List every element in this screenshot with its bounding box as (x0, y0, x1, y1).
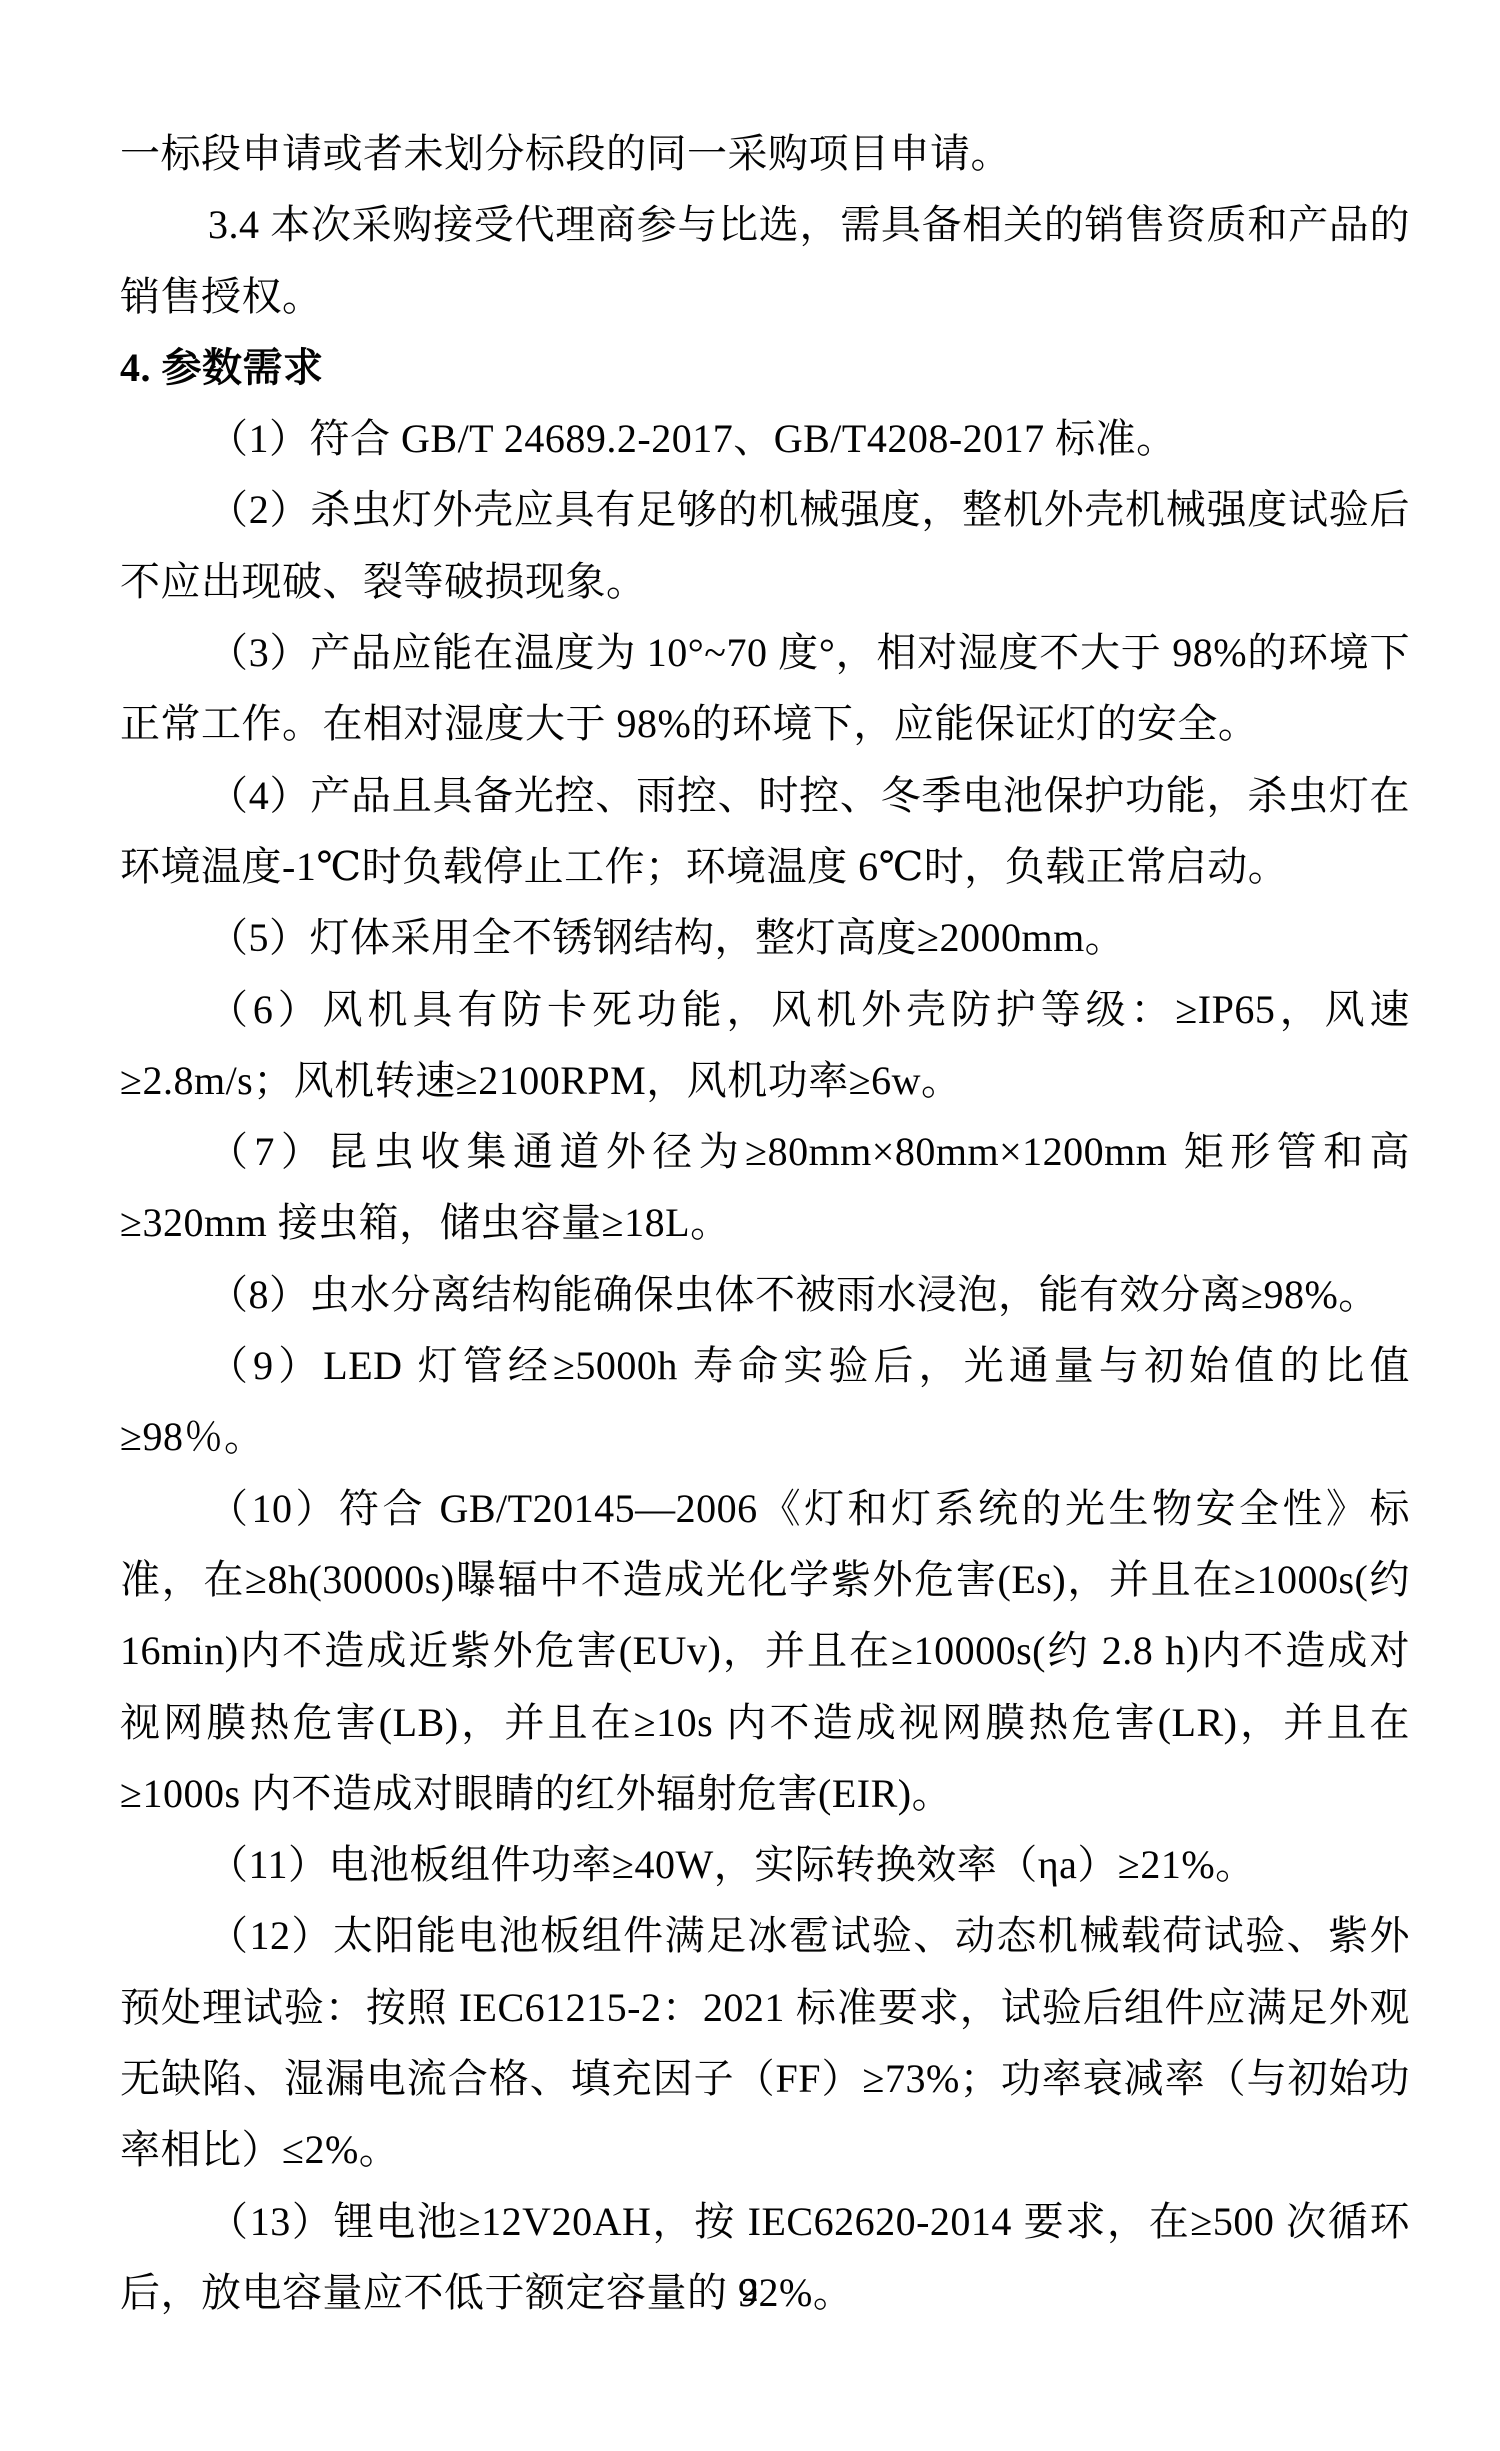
section-heading-4: 4. 参数需求 (120, 332, 1410, 403)
paragraph-continuation: 一标段申请或者未划分标段的同一采购项目申请。 (120, 118, 1410, 189)
param-item-7: （7）昆虫收集通道外径为≥80mm×80mm×1200mm 矩形管和高≥320m… (120, 1116, 1410, 1259)
param-item-3: （3）产品应能在温度为 10°~70 度°，相对湿度不大于 98%的环境下正常工… (120, 617, 1410, 760)
param-item-11: （11）电池板组件功率≥40W，实际转换效率（ηa）≥21%。 (120, 1829, 1410, 1900)
paragraph-3-4: 3.4 本次采购接受代理商参与比选，需具备相关的销售资质和产品的销售授权。 (120, 189, 1410, 332)
param-item-8: （8）虫水分离结构能确保虫体不被雨水浸泡，能有效分离≥98%。 (120, 1259, 1410, 1330)
param-item-4: （4）产品且具备光控、雨控、时控、冬季电池保护功能，杀虫灯在环境温度-1℃时负载… (120, 760, 1410, 903)
param-item-2: （2）杀虫灯外壳应具有足够的机械强度，整机外壳机械强度试验后不应出现破、裂等破损… (120, 474, 1410, 617)
param-item-6: （6）风机具有防卡死功能，风机外壳防护等级：≥IP65，风速≥2.8m/s；风机… (120, 974, 1410, 1117)
param-item-1: （1）符合 GB/T 24689.2-2017、GB/T4208-2017 标准… (120, 403, 1410, 474)
param-item-9: （9）LED 灯管经≥5000h 寿命实验后，光通量与初始值的比值≥98％。 (120, 1330, 1410, 1473)
param-item-12: （12）太阳能电池板组件满足冰雹试验、动态机械载荷试验、紫外预处理试验：按照 I… (120, 1900, 1410, 2185)
page-number: 2 (0, 2272, 1500, 2310)
param-item-5: （5）灯体采用全不锈钢结构，整灯高度≥2000mm。 (120, 902, 1410, 973)
document-body: 一标段申请或者未划分标段的同一采购项目申请。 3.4 本次采购接受代理商参与比选… (120, 118, 1410, 2328)
document-page: 一标段申请或者未划分标段的同一采购项目申请。 3.4 本次采购接受代理商参与比选… (0, 0, 1500, 2451)
param-item-10: （10）符合 GB/T20145—2006《灯和灯系统的光生物安全性》标准，在≥… (120, 1473, 1410, 1829)
